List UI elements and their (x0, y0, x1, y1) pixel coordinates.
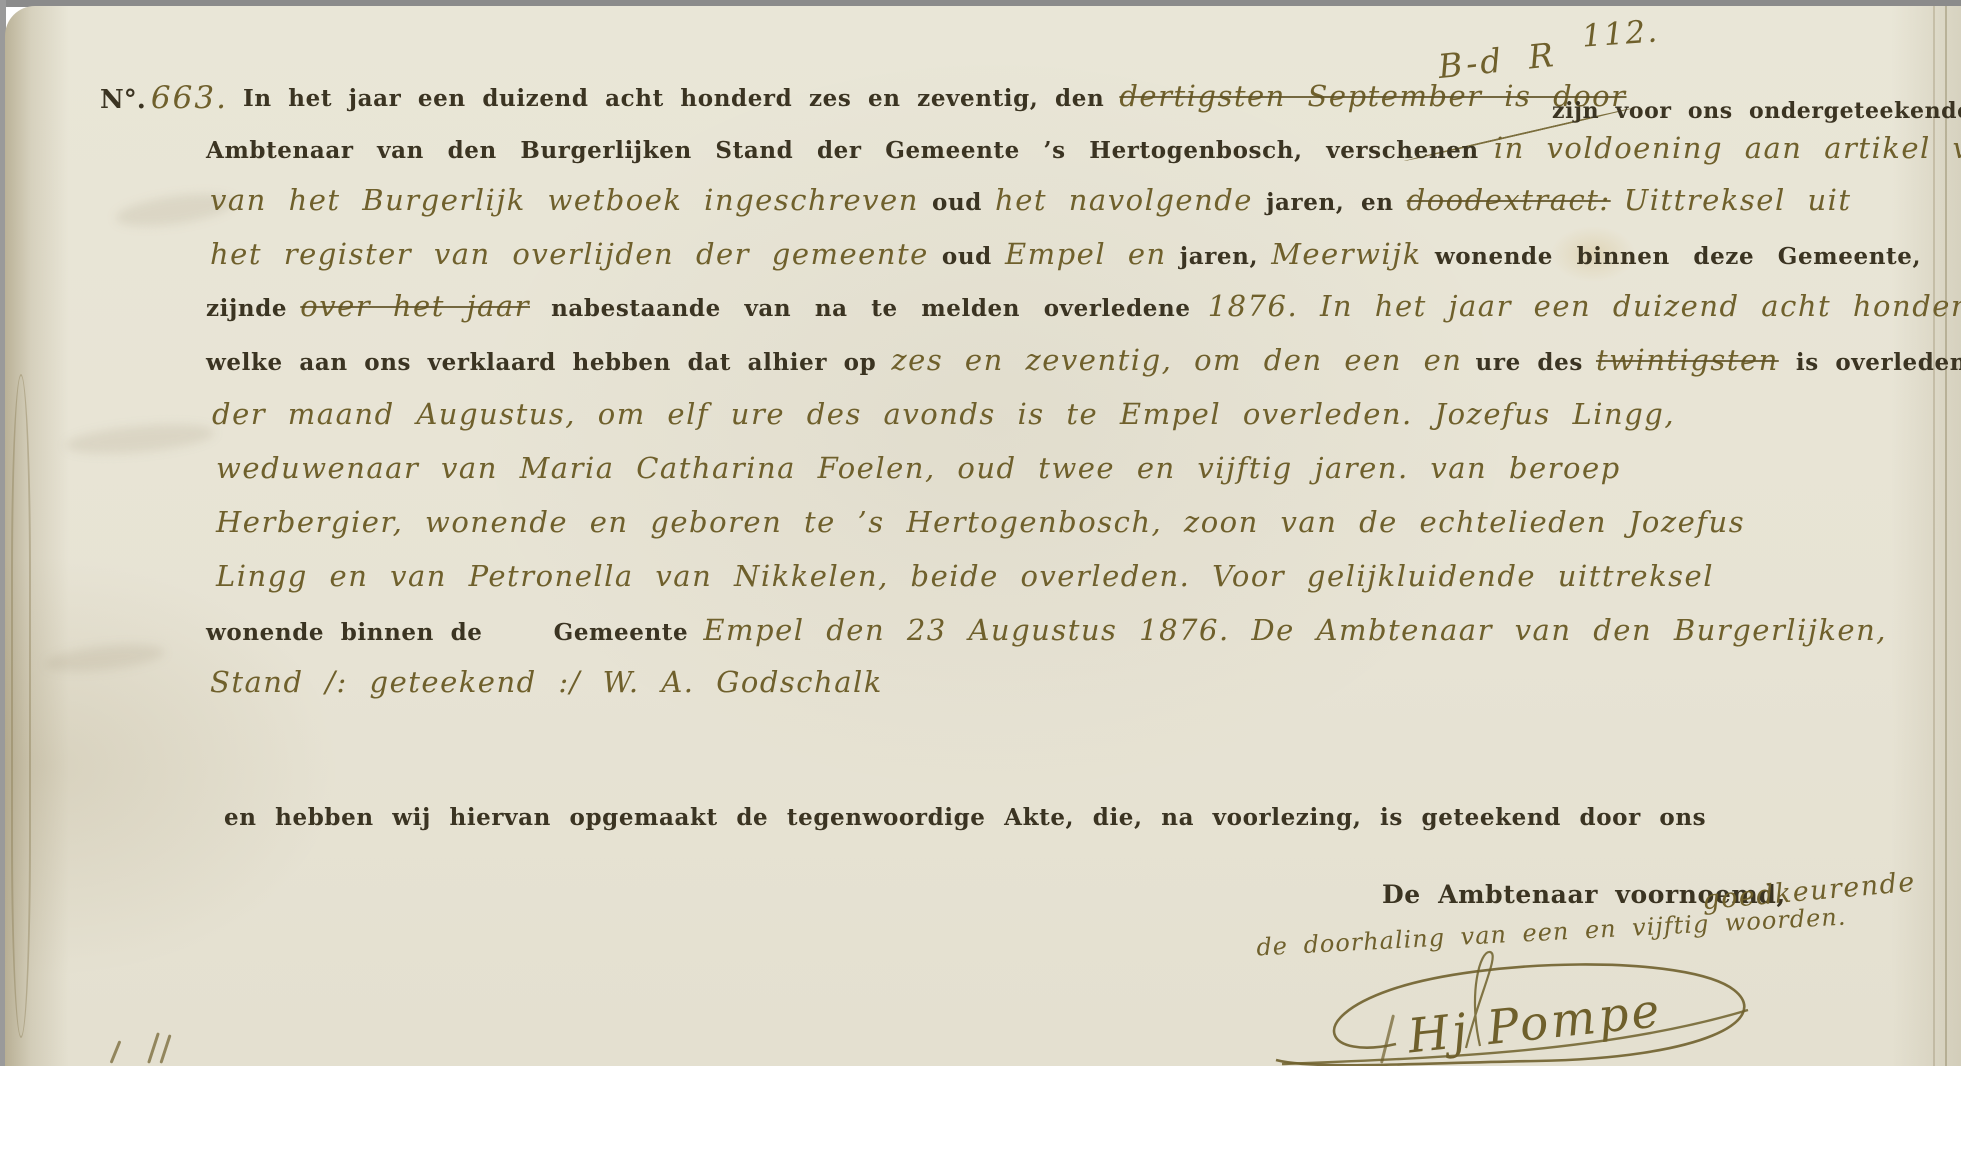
preprinted-text: Gemeente (554, 619, 689, 646)
preprinted-text: oud (932, 189, 982, 216)
preprinted-text: wonende binnen de (206, 619, 482, 646)
handwritten-text: Stand /: geteekend :/ W. A. Godschalk (210, 665, 883, 699)
act-line: weduwenaar van Maria Catharina Foelen, o… (216, 454, 1621, 483)
handwritten-text: der maand Augustus, om elf ure des avond… (212, 397, 1675, 431)
page-margin-rule-inner (1933, 6, 1935, 1066)
ink-bleed-through (64, 420, 216, 459)
handwritten-text: weduwenaar van Maria Catharina Foelen, o… (216, 451, 1621, 485)
handwritten-text: Empel en (1005, 237, 1167, 271)
preprinted-right-note: zijn voor ons ondergeteekende (1552, 100, 1961, 122)
signature: Hj Pompe (1404, 983, 1664, 1064)
handwritten-text: 1876. In het jaar een duizend acht honde… (1208, 289, 1961, 323)
act-line: Herbergier, wonende en geboren te ’s Her… (216, 508, 1745, 537)
preprinted-text: wonende binnen deze Gemeente, (1435, 243, 1921, 270)
act-line: wonende binnen de Gemeente Empel den 23 … (206, 616, 1887, 645)
handwritten-text: twintigsten (1596, 343, 1779, 377)
page-margin-rule-outer (1945, 6, 1947, 1066)
act-number: N°. 663. (100, 80, 228, 116)
preprinted-text: jaren, (1180, 243, 1258, 270)
page-number: 112. (1581, 13, 1660, 54)
act-line: Stand /: geteekend :/ W. A. Godschalk (210, 668, 883, 697)
preprinted-text: ure des (1476, 349, 1583, 376)
preprinted-text: nabestaande van na te melden overledene (551, 295, 1191, 322)
act-line: der maand Augustus, om elf ure des avond… (212, 400, 1675, 429)
preprinted-text: In het jaar een duizend acht honderd zes… (243, 85, 1104, 112)
act-line: Lingg en van Petronella van Nikkelen, be… (216, 562, 1714, 591)
act-line: het register van overlijden der gemeente… (210, 240, 1921, 269)
act-line: In het jaar een duizend acht honderd zes… (243, 82, 1626, 111)
handwritten-text: het navolgende (995, 183, 1253, 217)
handwritten-text: Meerwijk (1271, 237, 1422, 271)
scanned-register-page: 112. B-d R N°. 663. In het jaar een duiz… (0, 0, 1961, 1173)
preprinted-text: zijnde (206, 295, 287, 322)
handwritten-text: zes en zeventig, om den een en (891, 343, 1462, 377)
handwritten-text: Herbergier, wonende en geboren te ’s Her… (216, 505, 1745, 539)
signature-flourish: Hj Pompe (1268, 948, 1788, 1068)
ink-bleed-through (44, 640, 166, 676)
handwritten-text: Uittreksel uit (1624, 183, 1852, 217)
preprinted-text: jaren, en (1266, 189, 1393, 216)
act-number-value: 663. (151, 80, 228, 116)
preprinted-text: is overleden: (1796, 349, 1961, 376)
handwritten-text: doodextract: (1407, 183, 1611, 217)
handwritten-text: dertigsten September is door (1119, 79, 1626, 113)
act-line: zijnde over het jaar nabestaande van na … (206, 292, 1961, 321)
act-line: welke aan ons verklaard hebben dat alhie… (206, 346, 1961, 375)
preprinted-text: oud (942, 243, 992, 270)
preprinted-text: welke aan ons verklaard hebben dat alhie… (206, 349, 876, 376)
closing-clause: en hebben wij hiervan opgemaakt de tegen… (224, 806, 1706, 829)
handwritten-text: in voldoening aan artikel vijftig (1494, 131, 1961, 165)
act-line: Ambtenaar van den Burgerlijken Stand der… (206, 134, 1961, 163)
binding-crease (11, 374, 31, 1038)
handwritten-text: over het jaar (300, 289, 530, 323)
handwritten-text: Empel den 23 Augustus 1876. De Ambtenaar… (703, 613, 1887, 647)
handwritten-text: het register van overlijden der gemeente (210, 237, 929, 271)
act-line: van het Burgerlijk wetboek ingeschreven … (210, 186, 1852, 215)
act-number-label: N°. (100, 85, 146, 115)
handwritten-text: Lingg en van Petronella van Nikkelen, be… (216, 559, 1714, 593)
signature-block: Hj Pompe (1268, 948, 1788, 1068)
preprinted-text: Ambtenaar van den Burgerlijken Stand der… (206, 137, 1479, 164)
scan-cutoff-band (0, 1066, 1961, 1173)
handwritten-text: van het Burgerlijk wetboek ingeschreven (210, 183, 919, 217)
